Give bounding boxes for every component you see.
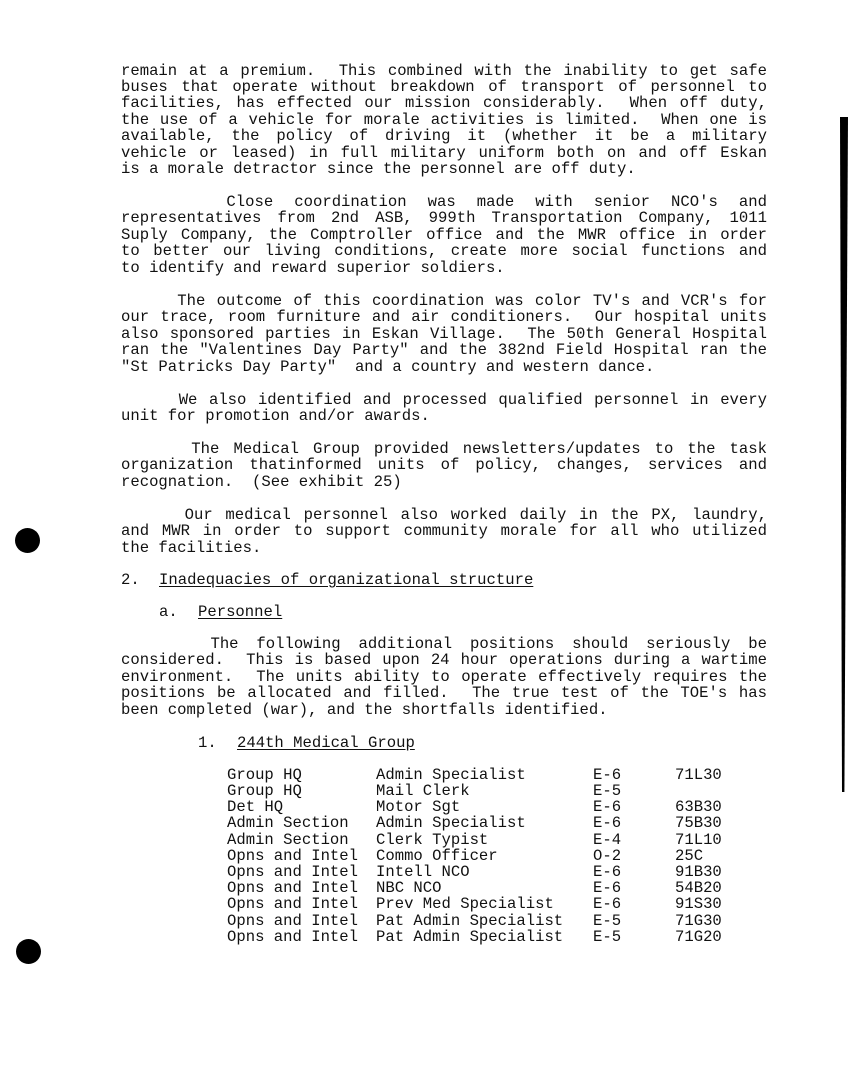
cell-grade: E-5 [593,913,621,929]
text-line: The following additional positions shoul… [121,636,767,652]
text-line: considered. This is based upon 24 hour o… [121,652,767,668]
text-line: The outcome of this coordination was col… [121,293,767,309]
text-line: representatives from 2nd ASB, 999th Tran… [121,210,767,226]
cell-position: Commo Officer [376,848,498,864]
item-number: 1. [198,735,217,751]
cell-position: Intell NCO [376,864,470,880]
cell-position: Mail Clerk [376,783,470,799]
cell-mos: 91B30 [675,864,722,880]
cell-grade: E-5 [593,783,621,799]
cell-section: Opns and Intel [227,864,358,880]
text-line: and MWR in order to support community mo… [121,523,767,539]
punch-hole-upper [15,528,40,553]
cell-position: Pat Admin Specialist [376,929,563,945]
text-line: to better our living conditions, create … [121,243,767,259]
cell-grade: E-6 [593,815,621,831]
text-line: also sponsored parties in Eskan Village.… [121,326,767,342]
text-line: the facilities. [121,540,261,556]
cell-section: Admin Section [227,815,349,831]
cell-position: Prev Med Specialist [376,896,554,912]
cell-section: Opns and Intel [227,848,358,864]
subsection-letter: a. [159,604,178,620]
text-line: Suply Company, the Comptroller office an… [121,227,767,243]
cell-section: Opns and Intel [227,929,358,945]
text-line: We also identified and processed qualifi… [121,392,767,408]
punch-hole-lower [16,939,41,964]
cell-grade: E-6 [593,896,621,912]
cell-grade: E-6 [593,799,621,815]
cell-position: NBC NCO [376,880,442,896]
cell-section: Opns and Intel [227,913,358,929]
cell-section: Group HQ [227,783,302,799]
item-title: 244th Medical Group [237,735,415,751]
cell-grade: E-4 [593,832,621,848]
subsection-title: Personnel [198,604,282,620]
text-line: been completed (war), and the shortfalls… [121,702,608,718]
cell-position: Admin Specialist [376,815,526,831]
section-title: Inadequacies of organizational structure [159,572,533,588]
text-line: ran the "Valentines Day Party" and the 3… [121,342,767,358]
text-line: vehicle or leased) in full military unif… [121,145,767,161]
margin-change-bar [840,117,848,792]
cell-grade: E-6 [593,880,621,896]
text-line: unit for promotion and/or awards. [121,408,430,424]
cell-position: Pat Admin Specialist [376,913,563,929]
text-line: facilities, has effected our mission con… [121,95,767,111]
section-number: 2. [121,572,140,588]
cell-grade: E-5 [593,929,621,945]
text-line: The Medical Group provided newsletters/u… [121,441,767,457]
cell-position: Admin Specialist [376,767,526,783]
text-line: remain at a premium. This combined with … [121,63,767,79]
cell-mos: 71L10 [675,832,722,848]
document-page: remain at a premium. This combined with … [0,0,850,1079]
text-line: to identify and reward superior soldiers… [121,260,505,276]
cell-mos: 75B30 [675,815,722,831]
cell-mos: 71G20 [675,929,722,945]
cell-section: Admin Section [227,832,349,848]
cell-section: Opns and Intel [227,880,358,896]
text-line: buses that operate without breakdown of … [121,79,767,95]
cell-mos: 63B30 [675,799,722,815]
cell-mos: 54B20 [675,880,722,896]
cell-grade: O-2 [593,848,621,864]
cell-grade: E-6 [593,864,621,880]
cell-mos: 71L30 [675,767,722,783]
cell-mos: 91S30 [675,896,722,912]
cell-position: Clerk Typist [376,832,488,848]
text-line: recognation. (See exhibit 25) [121,474,402,490]
cell-section: Opns and Intel [227,896,358,912]
cell-mos: 25C [675,848,703,864]
text-line: Close coordination was made with senior … [121,194,767,210]
cell-position: Motor Sgt [376,799,460,815]
text-line: the use of a vehicle for morale activiti… [121,112,767,128]
text-line: is a morale detractor since the personne… [121,161,636,177]
text-line: our trace, room furniture and air condit… [121,309,767,325]
cell-grade: E-6 [593,767,621,783]
cell-section: Det HQ [227,799,283,815]
text-line: environment. The units ability to operat… [121,669,767,685]
text-line: organization thatinformed units of polic… [121,457,767,473]
cell-section: Group HQ [227,767,302,783]
text-line: available, the policy of driving it (whe… [121,128,767,144]
text-line: "St Patricks Day Party" and a country an… [121,359,654,375]
text-line: positions be allocated and filled. The t… [121,685,767,701]
text-line: Our medical personnel also worked daily … [121,507,767,523]
cell-mos: 71G30 [675,913,722,929]
